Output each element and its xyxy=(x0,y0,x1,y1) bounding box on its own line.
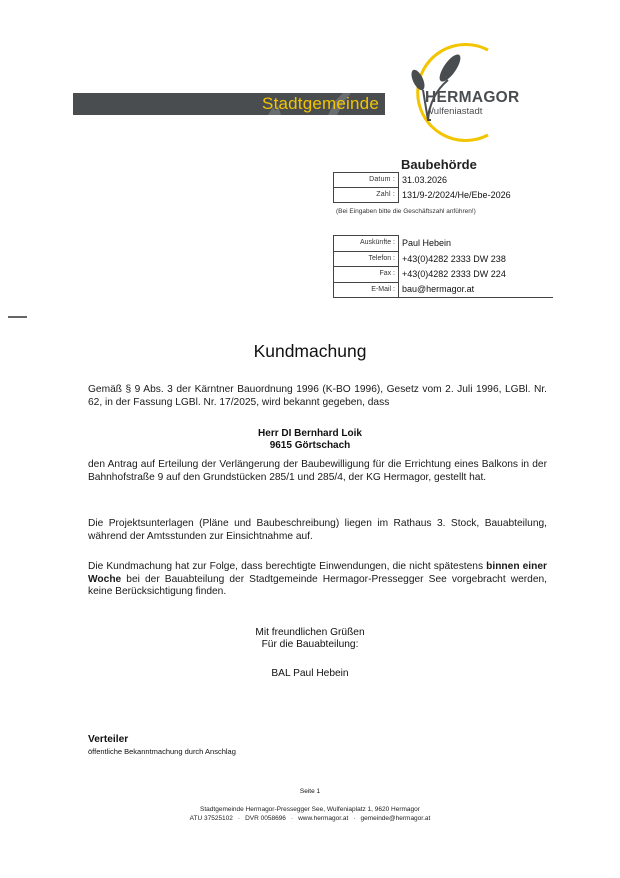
objections-text-start: Die Kundmachung hat zur Folge, dass bere… xyxy=(88,561,486,572)
footer-email-link[interactable]: gemeinde@hermagor.at xyxy=(360,815,430,822)
addressee-place: 9615 Görtschach xyxy=(0,440,620,452)
reference-number-label: Zahl : xyxy=(334,188,399,203)
paragraph-application: den Antrag auf Erteilung der Verlängerun… xyxy=(88,459,547,484)
footer: Stadtgemeinde Hermagor-Pressegger See, W… xyxy=(0,805,620,823)
table-row: Telefon : +43(0)4282 2333 DW 238 xyxy=(334,251,554,267)
paragraph-documents: Die Projektsunterlagen (Pläne und Baubes… xyxy=(88,518,547,543)
closing: Mit freundlichen Grüßen Für die Bauabtei… xyxy=(0,627,620,651)
page-number: Seite 1 xyxy=(0,788,620,795)
table-row: Zahl : 131/9-2/2024/He/Ebe-2026 xyxy=(334,188,514,203)
separator: · xyxy=(348,815,360,822)
addressee: Herr DI Bernhard Loik 9615 Görtschach xyxy=(0,428,620,451)
footer-address: Stadtgemeinde Hermagor-Pressegger See, W… xyxy=(0,805,620,814)
paragraph-legal-basis: Gemäß § 9 Abs. 3 der Kärntner Bauordnung… xyxy=(88,384,547,409)
separator: · xyxy=(233,815,245,822)
footer-atu: ATU 37525102 xyxy=(190,815,233,822)
fax-value: +43(0)4282 2333 DW 224 xyxy=(399,267,554,283)
date-value: 31.03.2026 xyxy=(399,173,514,188)
signature: BAL Paul Hebein xyxy=(0,668,620,679)
distribution-item: öffentliche Bekanntmachung durch Anschla… xyxy=(88,747,236,756)
phone-value: +43(0)4282 2333 DW 238 xyxy=(399,251,554,267)
reference-note: (Bei Eingaben bitte die Geschäftszahl an… xyxy=(336,208,476,215)
closing-greeting: Mit freundlichen Grüßen xyxy=(0,627,620,639)
closing-department: Für die Bauabteilung: xyxy=(0,639,620,651)
email-value[interactable]: bau@hermagor.at xyxy=(399,282,554,298)
fax-label: Fax : xyxy=(334,267,399,283)
date-label: Datum : xyxy=(334,173,399,188)
footer-dvr: DVR 0058696 xyxy=(245,815,286,822)
header-banner: Stadtgemeinde xyxy=(73,93,385,115)
document-title: Kundmachung xyxy=(0,341,620,362)
email-label: E-Mail : xyxy=(334,282,399,298)
reference-number-value: 131/9-2/2024/He/Ebe-2026 xyxy=(399,188,514,203)
banner-text: Stadtgemeinde xyxy=(262,94,379,114)
table-row: Auskünfte : Paul Hebein xyxy=(334,236,554,252)
brand-name: HERMAGOR xyxy=(425,90,520,106)
table-row: Fax : +43(0)4282 2333 DW 224 xyxy=(334,267,554,283)
fold-mark xyxy=(8,316,27,318)
separator: · xyxy=(286,815,298,822)
contact-table: Auskünfte : Paul Hebein Telefon : +43(0)… xyxy=(333,235,553,298)
table-row: E-Mail : bau@hermagor.at xyxy=(334,282,554,298)
phone-label: Telefon : xyxy=(334,251,399,267)
addressee-name: Herr DI Bernhard Loik xyxy=(0,428,620,440)
reference-table: Datum : 31.03.2026 Zahl : 131/9-2/2024/H… xyxy=(333,172,514,203)
objections-text-end: bei der Bauabteilung der Stadtgemeinde H… xyxy=(88,574,547,598)
department-title: Baubehörde xyxy=(401,157,477,172)
contact-person-value: Paul Hebein xyxy=(399,236,554,252)
contact-person-label: Auskünfte : xyxy=(334,236,399,252)
paragraph-objections: Die Kundmachung hat zur Folge, dass bere… xyxy=(88,561,547,599)
footer-ids: ATU 37525102·DVR 0058696·www.hermagor.at… xyxy=(0,814,620,823)
distribution-heading: Verteiler xyxy=(88,734,128,745)
footer-website-link[interactable]: www.hermagor.at xyxy=(298,815,348,822)
brand-subtitle: Wulfeniastadt xyxy=(425,106,482,117)
table-row: Datum : 31.03.2026 xyxy=(334,173,514,188)
